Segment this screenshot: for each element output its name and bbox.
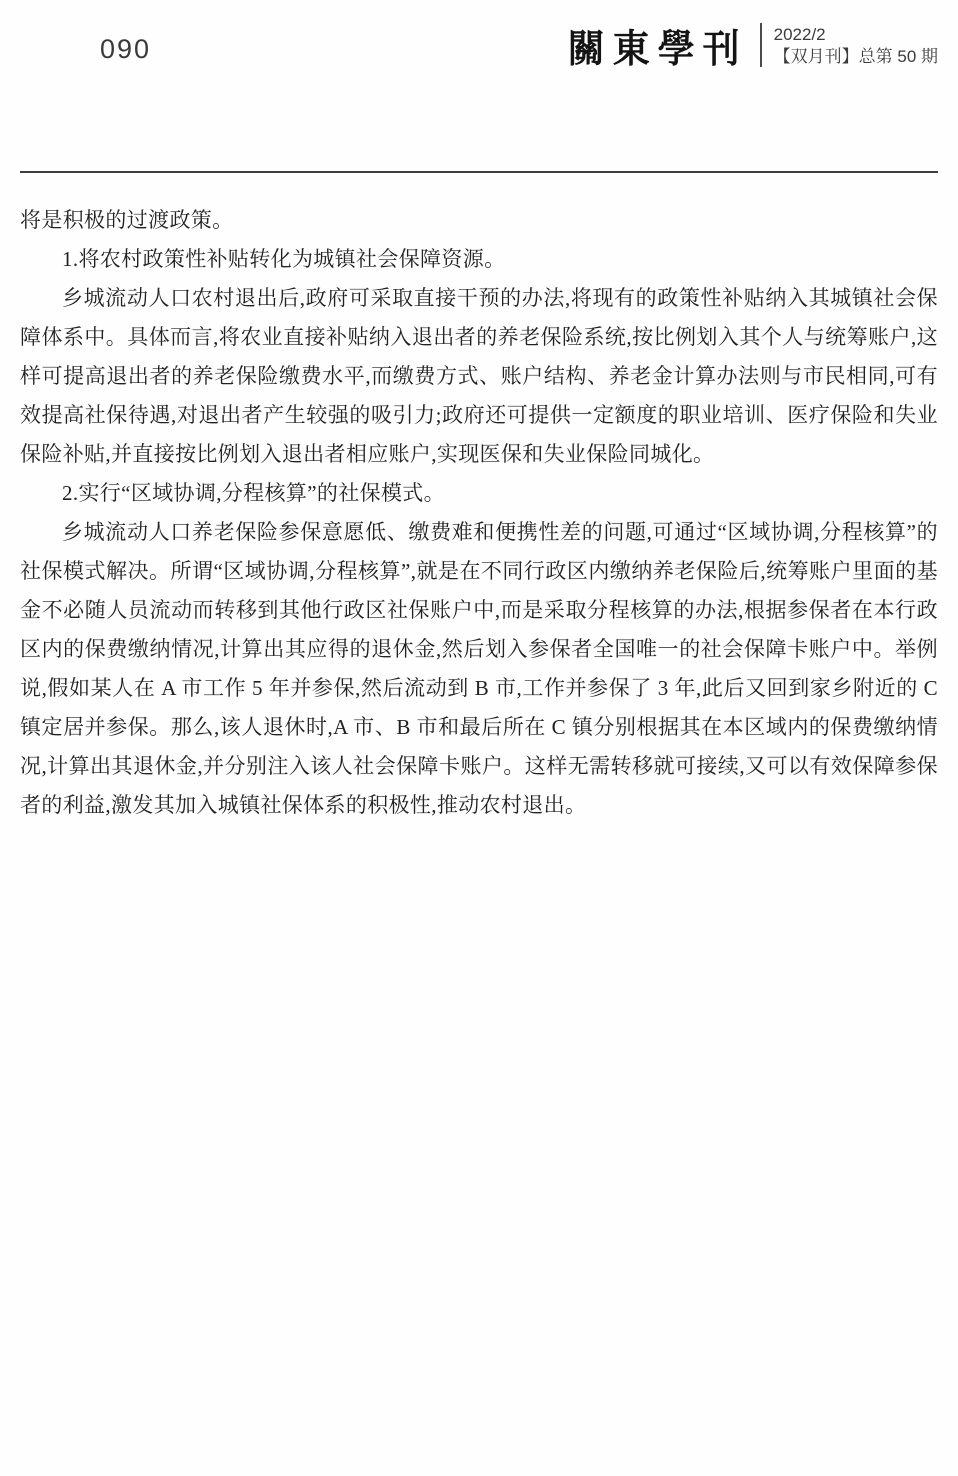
journal-title: 關東學刊 [568, 17, 758, 74]
issue-info: 2022/2 【双月刊】总第 50 期 [774, 22, 938, 68]
issue-detail: 【双月刊】总第 50 期 [774, 46, 938, 68]
issue-year: 2022/2 [774, 24, 938, 46]
paragraph-section-1: 乡城流动人口农村退出后,政府可采取直接干预的办法,将现有的政策性补贴纳入其城镇社… [20, 279, 938, 474]
paragraph-continuation: 将是积极的过渡政策。 [20, 201, 938, 240]
journal-page: 090 關東學刊 2022/2 【双月刊】总第 50 期 将是积极的过渡政策。 … [0, 0, 958, 1476]
section-heading-2: 2.实行“区域协调,分程核算”的社保模式。 [20, 474, 938, 513]
header-rule [20, 171, 938, 173]
paragraph-section-2: 乡城流动人口养老保险参保意愿低、缴费难和便携性差的问题,可通过“区域协调,分程核… [20, 513, 938, 825]
article-body: 将是积极的过渡政策。 1.将农村政策性补贴转化为城镇社会保障资源。 乡城流动人口… [20, 201, 938, 825]
page-number: 090 [100, 34, 151, 65]
masthead-divider [760, 23, 762, 67]
section-heading-1: 1.将农村政策性补贴转化为城镇社会保障资源。 [20, 240, 938, 279]
masthead: 關東學刊 2022/2 【双月刊】总第 50 期 [568, 18, 938, 72]
